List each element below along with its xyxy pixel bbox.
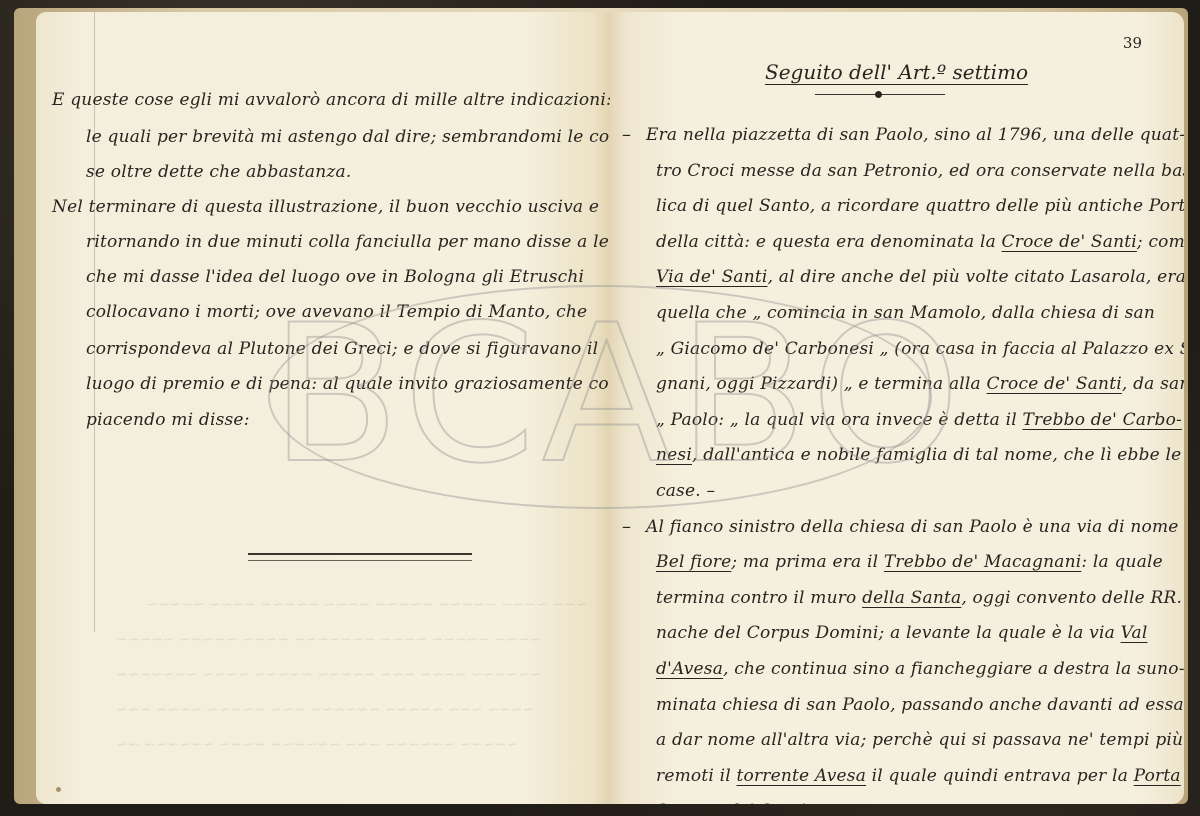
text-segment: , che continua sino a fiancheggiare a de… [723,659,1184,679]
heading-ornament [815,94,945,95]
text-line: Bel fiore; ma prima era il Trebbo de' Ma… [656,552,1163,572]
text-segment: remoti il [656,766,737,786]
underlined-name: de' Santi [728,801,806,804]
text-line: della città: e questa era denominata la … [656,232,1184,252]
underlined-name: torrente Avesa [737,766,867,786]
text-segment: , al dire anche del più volte citato Las… [768,267,1184,287]
text-line: case. – [656,481,715,501]
text-segment: , dall'antica e nobile famiglia di tal n… [692,445,1181,465]
text-line: gnani, oggi Pizzardi) „ e termina alla C… [656,374,1184,394]
text-segment: „ Paolo: „ la qual via ora invece è dett… [656,410,1022,430]
text-line: luogo di premio e di pena: al quale invi… [86,374,610,394]
text-line: Nel terminare di questa illustrazione, i… [52,197,599,217]
text-segment: nache del Corpus Domini; a levante la qu… [656,623,1121,643]
text-line: a dar nome all'altra via; perchè qui si … [656,730,1183,750]
text-segment: o [707,801,729,804]
text-line: „ Paolo: „ la qual via ora invece è dett… [656,410,1182,430]
text-line: remoti il torrente Avesa il quale quindi… [656,766,1181,786]
underlined-name: della Santa [862,588,961,608]
bleed-through-text: ~~~~ ~~~ ~~~~~ ~~~~~~ ~~~ ~~~~~ ~~~~ ~~~ [116,702,534,718]
text-segment: minata chiesa di san Paolo, passando anc… [656,695,1184,715]
text-line: tro Croci messe da san Petronio, ed ora … [656,161,1184,181]
text-segment: Al fianco sinistro della chiesa di san P… [646,517,1179,537]
section-heading: Seguito dell' Art.º settimo [765,60,1028,84]
underlined-name: Val [1121,623,1148,643]
text-line: nesi, dall'antica e nobile famiglia di t… [656,445,1181,465]
bleed-through-text: ~~~~~~ ~~~~ ~~~ ~~~~~ ~~~~~ ~~~~ ~~~~~~~ [116,667,542,683]
section-divider [248,553,472,561]
text-line: minata chiesa di san Paolo, passando anc… [656,695,1184,715]
text-line: piacendo mi disse: [86,410,250,430]
text-line: Era nella piazzetta di san Paolo, sino a… [646,125,1184,145]
bleed-through-text: ~~~~~ ~~~~~~ ~~~ ~~~~~~ ~~~~ ~~~~~~ ~~ [116,737,518,753]
text-line: E queste cose egli mi avvalorò ancora di… [52,90,610,110]
bleed-through-text: ~~~ ~~~~ ~~~~~ ~~~~~ ~~~~ ~~~~~ ~~~~ ~~~… [146,597,588,613]
text-line: corrispondeva al Plutone dei Greci; e do… [86,339,598,359]
text-line: Santa o de' Santi. – [656,801,826,804]
text-segment: „ Giacomo de' Carbonesi „ (ora casa in f… [656,339,1184,359]
text-segment: , da san [1122,374,1184,394]
text-line: se oltre dette che abbastanza. [86,162,351,182]
paragraph-dash: – [622,516,631,537]
text-segment: tro Croci messe da san Petronio, ed ora … [656,161,1184,181]
text-line: Al fianco sinistro della chiesa di san P… [646,517,1179,537]
underlined-name: Via de' Santi [656,267,768,287]
paragraph-dash: – [622,124,631,145]
text-segment: termina contro il muro [656,588,862,608]
underlined-name: Croce de' Santi [1002,232,1137,252]
text-segment: della città: e questa era denominata la [656,232,1002,252]
text-segment: Era nella piazzetta di san Paolo, sino a… [646,125,1184,145]
text-line: nache del Corpus Domini; a levante la qu… [656,623,1147,643]
text-segment: quella che „ comincia in san Mamolo, dal… [656,303,1155,323]
underlined-name: Porta [1134,766,1181,786]
underlined-name: Trebbo de' Macagnani [884,552,1082,572]
text-line: collocavano i morti; ove avevano il Temp… [86,302,587,322]
text-line: termina contro il muro della Santa, oggi… [656,588,1184,608]
text-line: d'Avesa, che continua sino a fiancheggia… [656,659,1184,679]
underlined-name: Trebbo de' Carbo- [1022,410,1181,430]
text-segment: ; come [1137,232,1184,252]
bleed-through-text: ~~~~ ~~~~~ ~~~~ ~~~~~~~ ~~~~ ~~~~~ ~~~~~ [116,632,542,648]
text-segment: ; ma prima era il [731,552,884,572]
underlined-name: Croce de' Santi [987,374,1122,394]
underlined-name: Santa [656,801,707,804]
text-segment: , oggi convento delle RR. Mo- [961,588,1184,608]
text-segment: a dar nome all'altra via; perchè qui si … [656,730,1183,750]
underlined-name: nesi [656,445,692,465]
page-number: 39 [1123,34,1142,52]
text-line: „ Giacomo de' Carbonesi „ (ora casa in f… [656,339,1184,359]
text-line: che mi dasse l'idea del luogo ove in Bol… [86,267,584,287]
underlined-name: Bel fiore [656,552,731,572]
text-line: le quali per brevità mi astengo dal dire… [86,127,610,147]
text-segment: il quale quindi entrava per la [866,766,1134,786]
foxing-spot [56,787,61,792]
text-segment: . – [806,801,826,804]
text-line: lica di quel Santo, a ricordare quattro … [656,196,1184,216]
underlined-name: d'Avesa [656,659,723,679]
right-page: 39 Seguito dell' Art.º settimo Era nella… [610,12,1184,804]
text-line: Via de' Santi, al dire anche del più vol… [656,267,1184,287]
text-segment: : la quale [1081,552,1163,572]
text-segment: gnani, oggi Pizzardi) „ e termina alla [656,374,987,394]
text-segment: lica di quel Santo, a ricordare quattro … [656,196,1184,216]
text-line: ritornando in due minuti colla fanciulla… [86,232,610,252]
text-line: quella che „ comincia in san Mamolo, dal… [656,303,1155,323]
left-page: E queste cose egli mi avvalorò ancora di… [36,12,610,804]
text-segment: case. – [656,481,715,501]
